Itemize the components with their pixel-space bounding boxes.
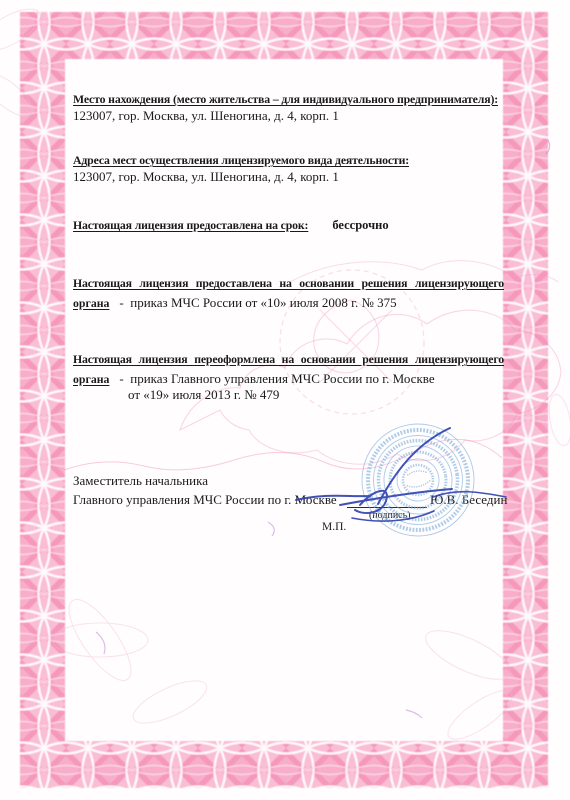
reissued-heading-carry: органа [73, 372, 109, 386]
granted-heading-carry: органа [73, 296, 109, 310]
activity-addresses-label: Адреса мест осуществления лицензируемого… [73, 153, 409, 168]
seal-place-mark: М.П. [322, 520, 346, 534]
license-term-row: Настоящая лицензия предоставлена на срок… [73, 215, 389, 235]
frame-bands [20, 12, 548, 788]
signatory-title-line2: Главного управления МЧС России по г. Мос… [73, 492, 337, 508]
location-value: 123007, гор. Москва, ул. Шеногина, д. 4,… [73, 108, 339, 124]
granted-heading: Настоящая лицензия предоставлена на осно… [73, 276, 504, 291]
location-label: Место нахождения (место жительства – для… [73, 92, 498, 107]
reissued-value-line2: от «19» июля 2013 г. № 479 [128, 387, 279, 403]
signatory-name: Ю.В. Беседин [430, 492, 507, 508]
scanned-license-page: Место нахождения (место жительства – для… [0, 0, 570, 800]
reissued-heading: Настоящая лицензия переоформлена на осно… [73, 352, 504, 367]
signature-caption: (подпись) [369, 510, 411, 523]
granted-row: органа - приказ МЧС России от «10» июля … [73, 293, 397, 313]
reissued-value-line1: - приказ Главного управления МЧС России … [119, 371, 434, 386]
activity-addresses-value: 123007, гор. Москва, ул. Шеногина, д. 4,… [73, 169, 339, 185]
reissued-row: органа - приказ Главного управления МЧС … [73, 369, 435, 389]
granted-value: - приказ МЧС России от «10» июля 2008 г.… [119, 295, 396, 310]
license-term-label: Настоящая лицензия предоставлена на срок… [73, 218, 308, 232]
license-term-value: бессрочно [332, 218, 388, 232]
signature-line [347, 507, 427, 508]
signatory-title-line1: Заместитель начальника [73, 473, 208, 489]
